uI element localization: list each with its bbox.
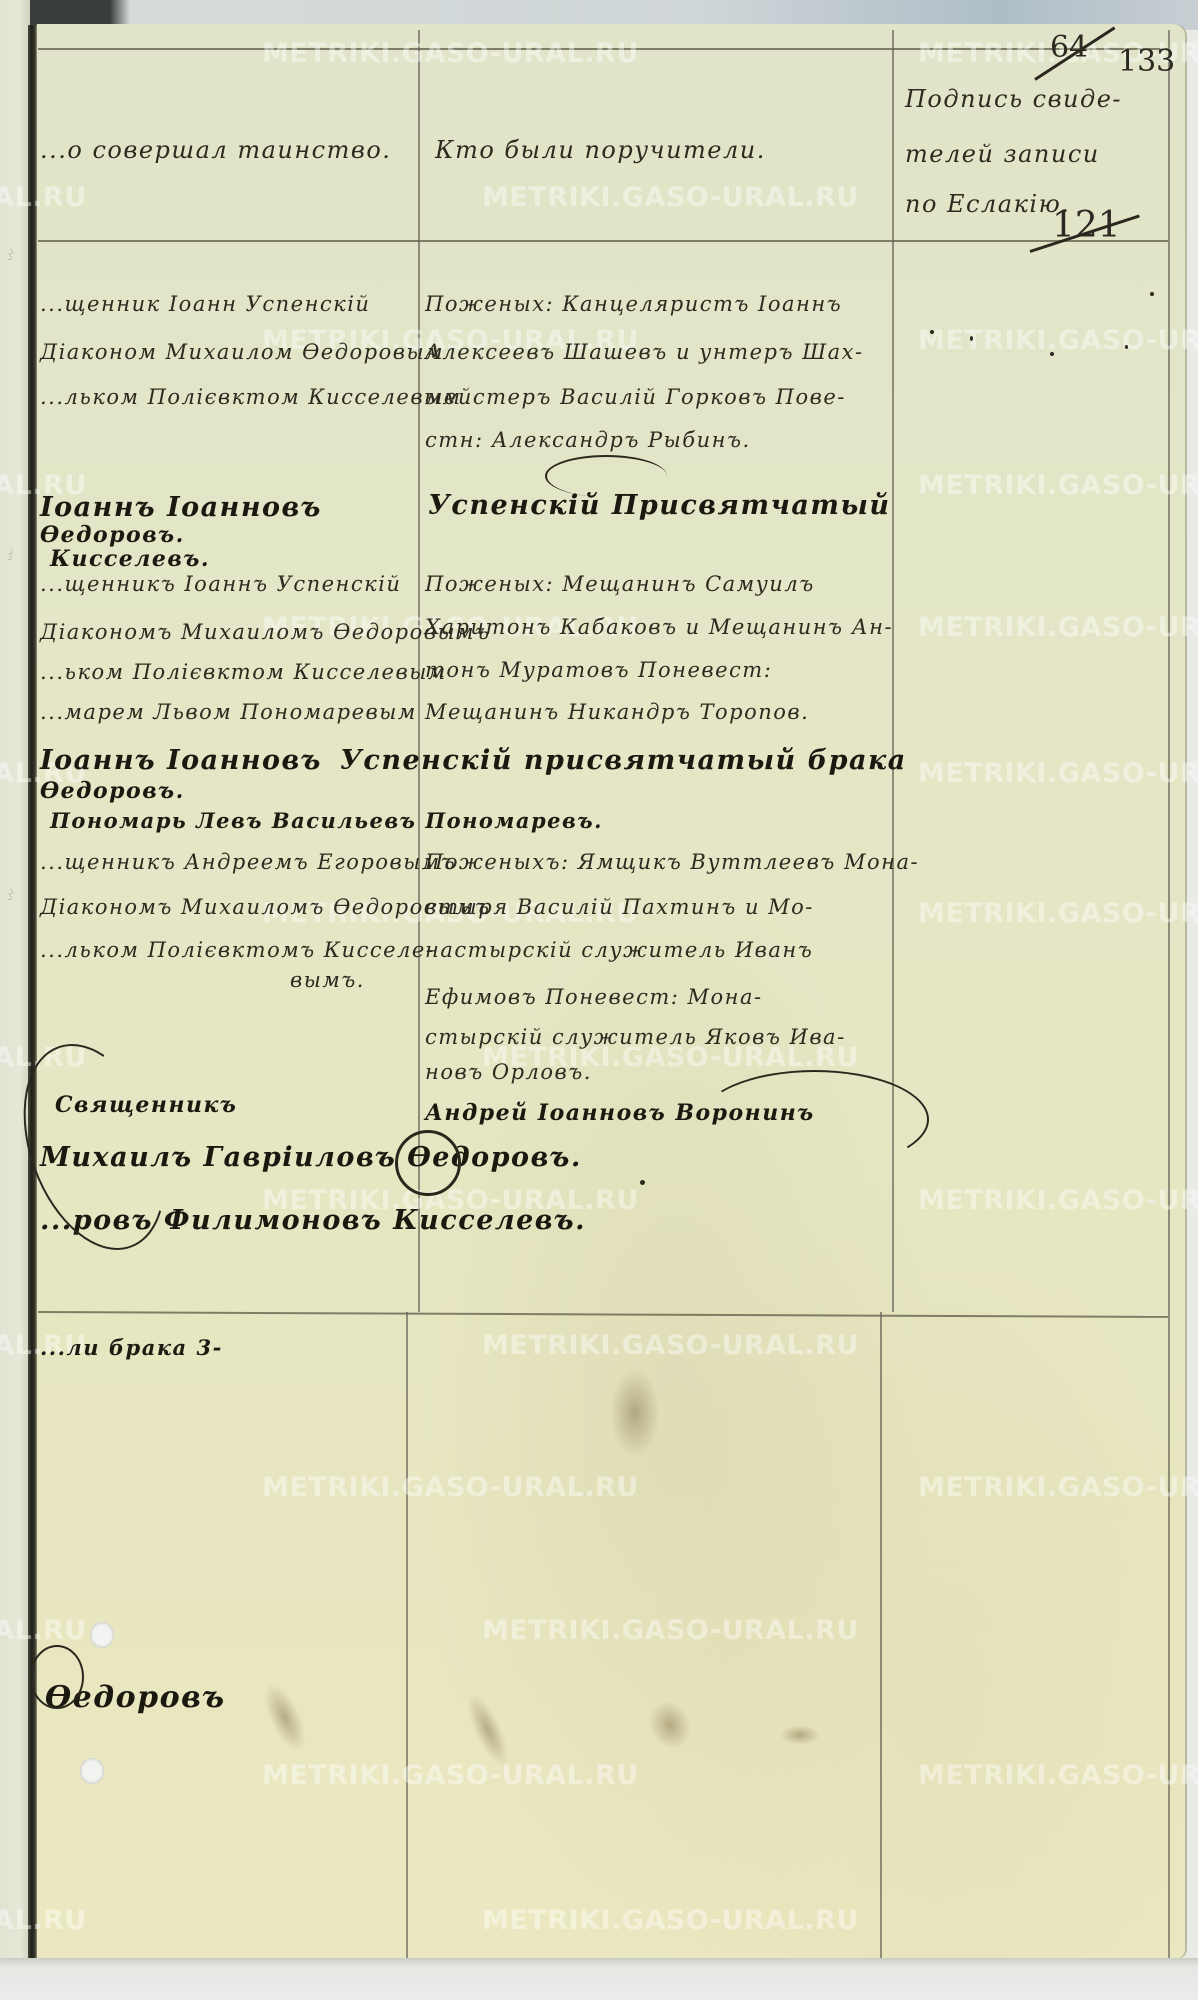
entry-text: стн: Александръ Рыбинъ. — [425, 428, 751, 452]
signature: Ѳедоровъ. — [40, 778, 185, 804]
entry-text: Поженых: Мещанинъ Самуилъ — [425, 572, 815, 596]
entry-text: Поженыхъ: Ямщикъ Вуттлеевъ Мона- — [425, 850, 919, 874]
ink-stain — [610, 1368, 660, 1458]
entry-text: ...щенникъ Іоаннъ Успенскій — [40, 572, 401, 596]
signature: Успенскій Присвятчатый — [428, 490, 891, 521]
signature: Кисселевъ. — [50, 546, 210, 572]
signature-flourish — [700, 1070, 929, 1169]
entry-text: стыря Василій Пахтинъ и Мо- — [425, 895, 814, 919]
adjacent-page-fragment: 〰︎ — [1, 888, 20, 903]
signature: Ѳедоровъ. — [40, 522, 185, 548]
header-col3-line2: телей записи — [905, 140, 1100, 168]
ink-dot — [640, 1180, 645, 1185]
entry-text: тонъ Муратовъ Поневест: — [425, 658, 772, 682]
entry-text: ...ьком Полієвктом Кисселевым — [40, 660, 447, 684]
signature-flourish — [395, 1130, 461, 1196]
entry-text: Харитонъ Кабаковъ и Мещанинъ Ан- — [425, 615, 893, 639]
ink-speck — [1050, 352, 1054, 356]
signature: Іоаннъ Іоанновъ — [40, 745, 322, 776]
signature: Успенскій присвятчатый брака — [340, 745, 907, 776]
entry-text: ...льком Полієвктом Кисселевым — [40, 385, 462, 409]
column-divider-1-lower — [406, 1312, 408, 1958]
entry-text: вымъ. — [290, 968, 365, 992]
entry-text: Поженых: Канцеляристъ Іоаннъ — [425, 292, 842, 316]
signature: Іоаннъ Іоанновъ — [40, 492, 322, 523]
entry-text: Мещанинъ Никандръ Торопов. — [425, 700, 809, 724]
header-bottom-rule — [38, 240, 1168, 242]
entry-text: Діакономъ Михаиломъ Ѳедоровымъ — [40, 620, 490, 644]
entry-text: новъ Орловъ. — [425, 1060, 592, 1084]
header-col3-line3: по Еслакію. — [905, 190, 1070, 218]
ink-speck — [970, 336, 973, 341]
scan-background-bottom — [0, 1958, 1198, 2000]
binding-hole — [80, 1758, 104, 1784]
ink-smudge — [780, 1725, 820, 1745]
column-divider-2-lower — [880, 1312, 882, 1958]
binding-hole — [90, 1622, 114, 1648]
signature: Пономарь Левъ Васильевъ Пономаревъ. — [50, 808, 603, 833]
right-margin-line — [1168, 30, 1170, 1958]
entry-text: Ефимовъ Поневест: Мона- — [425, 985, 763, 1009]
ink-speck — [1150, 292, 1154, 296]
adjacent-page-edge: 〰︎ 〰︎ 〰︎ — [0, 0, 30, 2000]
ink-speck — [1125, 345, 1128, 349]
entry-text: ...щенник Іоанн Успенскій — [40, 292, 370, 316]
header-col2: Кто были поручители. — [435, 136, 766, 164]
entry-text: стырскій служитель Яковъ Ива- — [425, 1025, 846, 1049]
ink-speck — [930, 330, 934, 334]
entry-text: Діакономъ Михаиломъ Ѳедоровымъ — [40, 895, 490, 919]
entry-text: мейстеръ Василій Горковъ Пове- — [425, 385, 846, 409]
header-col3-line1: Подпись свиде- — [905, 85, 1122, 113]
entry-text: ...щенникъ Андреемъ Егоровымъ — [40, 850, 456, 874]
entry-text: ...льком Полієвктомъ Кисселе- — [40, 938, 434, 962]
signature-flourish — [30, 1645, 84, 1709]
current-folio-number: 133 — [1118, 44, 1175, 79]
entry-text: Діаконом Михаилом Ѳедоровым — [40, 340, 444, 364]
signature-flourish — [545, 455, 667, 497]
lower-section-text: ...ли брака 3- — [40, 1335, 223, 1360]
entry-text: ...марем Львом Пономаревым — [40, 700, 417, 724]
entry-text: Алексеевъ Шашевъ и унтеръ Шах- — [425, 340, 864, 364]
top-rule — [38, 48, 1168, 50]
adjacent-page-fragment: 〰︎ — [1, 248, 20, 263]
header-col1: ...о совершал таинство. — [40, 136, 391, 164]
entry-text: настырскій служитель Иванъ — [425, 938, 813, 962]
adjacent-page-fragment: 〰︎ — [1, 548, 20, 563]
